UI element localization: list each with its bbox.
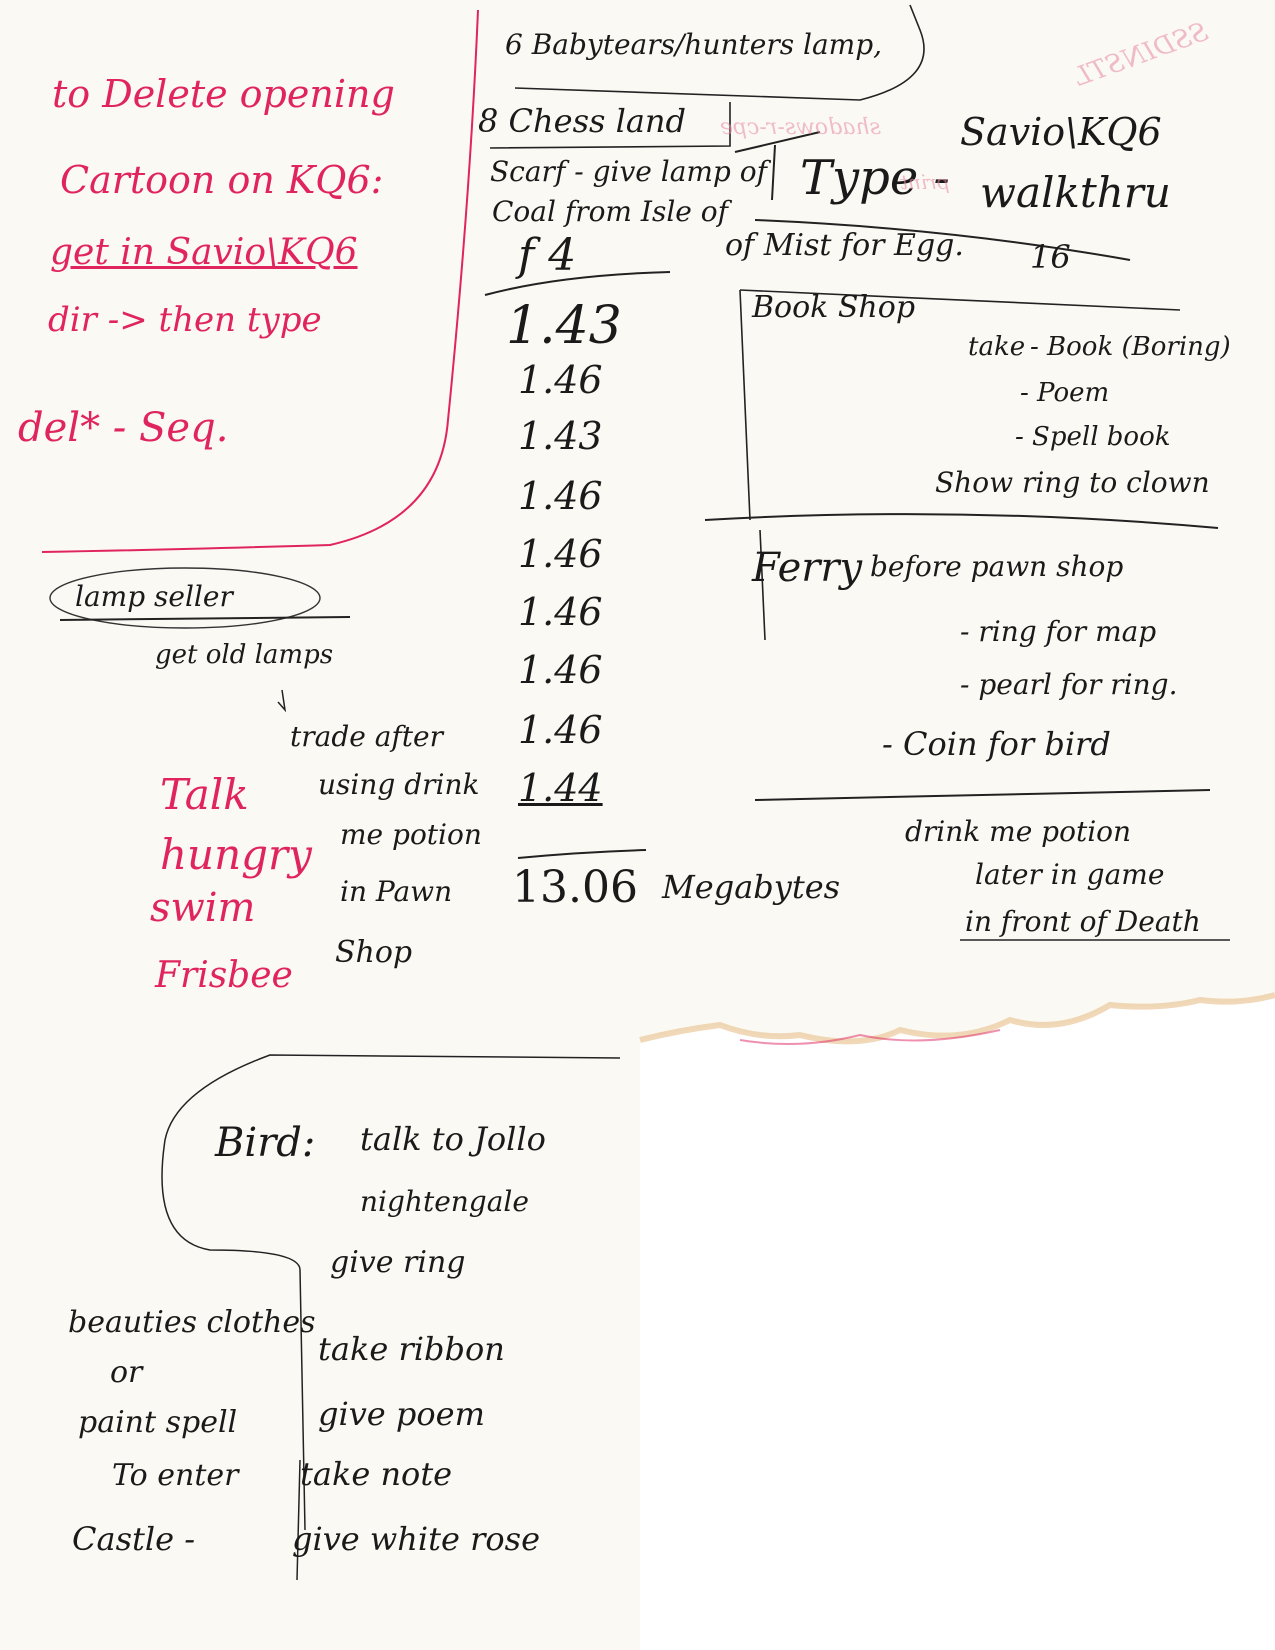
bird-step: give ring: [330, 1245, 466, 1280]
drink-note-line-1: drink me potion: [905, 815, 1131, 848]
file-size-value: 1.46: [518, 648, 603, 692]
sizes-unit: Megabytes: [662, 868, 840, 906]
ferry-before: before pawn shop: [870, 550, 1123, 583]
page-ref: 16: [1030, 238, 1071, 276]
lamp-seller-line-4: me potion: [340, 818, 482, 851]
pink-word-hungry: hungry: [160, 830, 312, 879]
drink-note-line-2: later in game: [975, 858, 1164, 891]
pink-note-line-3: get in Savio\KQ6: [50, 232, 358, 273]
book-shop-item-1: - Book (Boring): [1030, 332, 1231, 362]
file-size-value: 1.46: [518, 590, 603, 634]
bird-step: give poem: [318, 1395, 485, 1433]
scarf-line-1: Scarf - give lamp of: [490, 155, 767, 188]
book-shop-item-3: - Spell book: [1015, 422, 1171, 452]
sizes-header: f 4: [518, 230, 576, 281]
walkthru-label: walkthru: [980, 168, 1171, 217]
book-shop-item-2: - Poem: [1020, 378, 1109, 408]
lamp-seller-title: lamp seller: [75, 580, 233, 613]
pink-word-talk: Talk: [160, 770, 249, 819]
book-shop-show: Show ring to clown: [935, 466, 1210, 499]
ferry-item-1: - ring for map: [960, 615, 1156, 648]
scarf-line-2: Coal from Isle of: [492, 195, 728, 228]
scarf-line-3: of Mist for Egg.: [725, 228, 964, 263]
bird-step: take ribbon: [318, 1330, 505, 1368]
castle-note-line-4: To enter: [112, 1458, 239, 1493]
pink-note-line-2: Cartoon on KQ6:: [60, 158, 383, 202]
book-shop-title: Book Shop: [752, 290, 915, 325]
lamp-seller-line-6: Shop: [335, 935, 412, 970]
castle-note-line-2: or: [110, 1355, 142, 1390]
lamp-seller-line-1: get old lamps: [155, 640, 333, 670]
file-size-value: 1.46: [518, 474, 603, 518]
item-6-babytears: 6 Babytears/hunters lamp,: [505, 28, 882, 61]
ferry-title: Ferry: [752, 545, 862, 591]
ferry-item-2: - pearl for ring.: [960, 668, 1178, 701]
bird-step: nightengale: [360, 1185, 529, 1218]
drink-note-line-3: in front of Death: [965, 905, 1201, 938]
file-size-value: 1.46: [518, 708, 603, 752]
file-size-value: 1.46: [518, 358, 603, 402]
pink-note-line-4: dir -> then type: [48, 300, 322, 340]
sizes-total: 13.06: [512, 862, 638, 913]
type-target: Savio\KQ6: [960, 110, 1162, 154]
file-size-value: 1.43: [506, 296, 622, 356]
castle-note-line-3: paint spell: [78, 1405, 237, 1440]
ferry-item-3: - Coin for bird: [882, 725, 1111, 763]
file-size-value: 1.43: [518, 414, 603, 458]
file-size-value: 1.44: [518, 766, 603, 810]
lamp-seller-line-3: using drink: [318, 768, 479, 801]
bird-label: Bird:: [215, 1120, 315, 1166]
bird-step: talk to Jollo: [360, 1120, 546, 1158]
bird-step: take note: [300, 1455, 452, 1493]
castle-note-line-5: Castle -: [72, 1520, 195, 1558]
pink-word-frisbee: Frisbee: [155, 955, 293, 996]
lamp-seller-line-5: in Pawn: [340, 875, 452, 908]
bird-step: give white rose: [292, 1520, 540, 1558]
castle-note-line-1: beauties clothes: [68, 1305, 316, 1340]
item-8-chess-land: 8 Chess land: [478, 102, 686, 140]
faint-mark-3: print: [900, 170, 950, 194]
pink-note-line-1: to Delete opening: [52, 72, 395, 116]
book-shop-take: take: [968, 332, 1025, 362]
file-size-value: 1.46: [518, 532, 603, 576]
faint-mark-2: shadows-r-cpe: [720, 115, 881, 140]
pink-word-swim: swim: [150, 885, 256, 931]
lamp-seller-line-2: trade after: [290, 720, 443, 753]
pink-note-line-5: del* - Seq.: [18, 405, 228, 451]
